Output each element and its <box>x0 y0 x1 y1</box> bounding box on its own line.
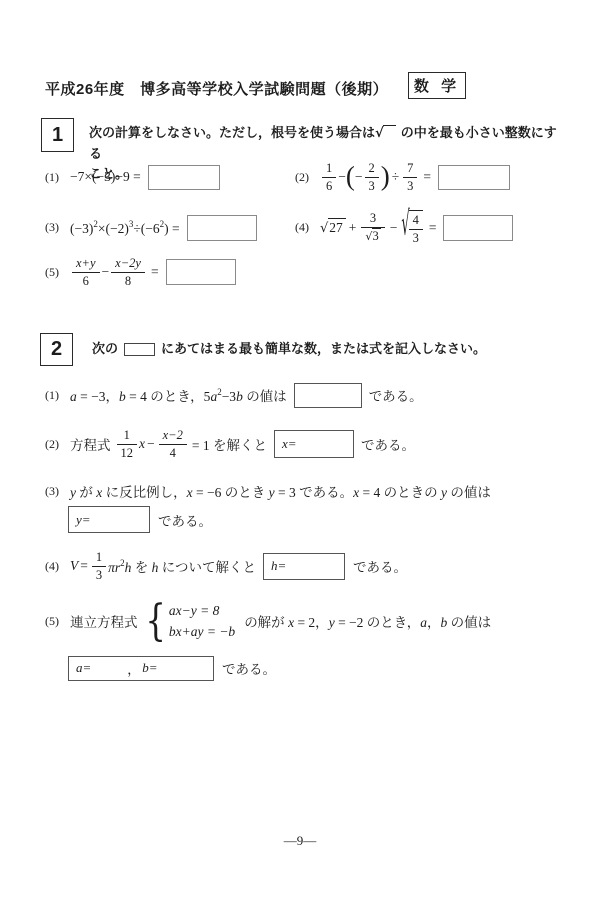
page-title: 平成26年度 博多高等学校入学試験問題（後期） <box>45 78 388 99</box>
section2-number: 2 <box>51 338 62 361</box>
equals-sign: = <box>429 220 437 236</box>
variable: V <box>70 558 78 574</box>
problem-label: (1) <box>45 388 59 403</box>
fraction: 73 <box>403 161 417 193</box>
equation-system: ax−y = 8bx+ay = −b <box>169 600 235 642</box>
s2-answer-box-3: y= <box>68 506 150 533</box>
subject-label-box: 数 学 <box>408 72 466 99</box>
problem-label: (3) <box>45 220 59 235</box>
instruction-text: 次の計算をしなさい。ただし，根号を使う場合は <box>89 125 375 140</box>
fraction: 13 <box>92 550 106 582</box>
problem-text: である。 <box>361 434 415 454</box>
problem-text: 連立方程式 <box>70 611 138 631</box>
box-label-b: b= <box>140 660 157 676</box>
instruction-text: にあてはまる最も簡単な数，または式を記入しなさい。 <box>161 339 486 359</box>
fraction: 16 <box>322 161 336 193</box>
fraction: x+y6 <box>72 256 100 288</box>
s1-problem-1: (1) −7×(−3)−9 = <box>45 160 220 194</box>
problem-text: である。 <box>158 510 212 530</box>
math-expression: (−3)2×(−2)3÷(−62) = <box>70 219 180 237</box>
page-number: —9— <box>0 833 600 849</box>
problem-label: (1) <box>45 170 59 185</box>
problem-label: (2) <box>295 170 309 185</box>
section2-instruction: 次の にあてはまる最も簡単な数，または式を記入しなさい。 <box>92 339 486 359</box>
problem-text: a = −3，b = 4 のとき，5a2−3b の値は <box>70 385 287 406</box>
math-expression: −7×(−3)−9 = <box>70 169 141 185</box>
box-separator: ， <box>127 659 140 678</box>
fraction: 3√3 <box>361 211 384 243</box>
s1-problem-2: (2) 16 − ( − 23 ) ÷ 73 = <box>295 160 510 194</box>
operator: ÷ <box>392 169 399 185</box>
problem-text: である。 <box>369 385 423 405</box>
s2-problem-3-line2: y= である。 <box>68 506 212 533</box>
exam-page: 平成26年度 博多高等学校入学試験問題（後期） 数 学 1 次の計算をしなさい。… <box>0 0 600 900</box>
operator: − <box>147 436 155 452</box>
problem-label: (3) <box>45 484 59 499</box>
problem-label: (5) <box>45 614 59 629</box>
operator: − <box>338 169 346 185</box>
fraction: 112 <box>117 428 138 460</box>
s1-problem-4: (4) √27 + 3√3 − √43 = <box>295 205 513 250</box>
problem-label: (4) <box>295 220 309 235</box>
left-paren: ( <box>346 163 355 190</box>
box-label: y= <box>69 512 91 528</box>
subject-label: 数 学 <box>414 75 460 96</box>
sqrt-bar <box>383 125 396 134</box>
s1-answer-box-5 <box>166 259 236 285</box>
s1-answer-box-3 <box>187 215 257 241</box>
s2-answer-box-5: a= ， b= <box>68 656 214 681</box>
s1-answer-box-1 <box>148 165 220 190</box>
s1-problem-5: (5) x+y6 − x−2y8 = <box>45 254 236 290</box>
problem-text: = 1 を解くと <box>192 434 267 454</box>
s2-problem-5-line2: a= ， b= である。 <box>68 655 276 681</box>
inline-blank-box <box>124 343 155 356</box>
operator: + <box>349 220 357 236</box>
variable: x <box>139 436 145 452</box>
s2-problem-1: (1) a = −3，b = 4 のとき，5a2−3b の値は である。 <box>45 381 423 409</box>
box-label: h= <box>264 558 286 574</box>
problem-label: (4) <box>45 559 59 574</box>
problem-label: (5) <box>45 265 59 280</box>
fraction: x−2y8 <box>111 256 145 288</box>
fraction: x−24 <box>159 428 187 460</box>
s2-problem-3-line1: (3) y が x に反比例し，x = −6 のとき y = 3 である。x =… <box>45 481 491 501</box>
system-brace: { <box>145 600 166 643</box>
s2-answer-box-1 <box>294 383 362 408</box>
s2-answer-box-2: x= <box>274 430 354 458</box>
operator: − <box>390 220 398 236</box>
operator: − <box>102 264 110 280</box>
section1-number-box: 1 <box>41 118 74 152</box>
problem-text: である。 <box>353 556 407 576</box>
equals-sign: = <box>151 264 159 280</box>
s2-answer-box-4: h= <box>263 553 345 580</box>
sign: − <box>355 169 363 185</box>
s1-problem-3: (3) (−3)2×(−2)3÷(−62) = <box>45 205 257 250</box>
problem-text: である。 <box>222 658 276 678</box>
fraction: 23 <box>365 161 379 193</box>
problem-text: 方程式 <box>70 434 111 454</box>
math-expression: πr2h を h について解くと <box>108 556 256 577</box>
right-paren: ) <box>381 163 390 190</box>
s2-problem-4: (4) V = 13 πr2h を h について解くと h= である。 <box>45 549 407 583</box>
section1-number: 1 <box>52 124 63 147</box>
equals-sign: = <box>80 558 88 574</box>
box-label: x= <box>275 436 297 452</box>
instruction-text: 次の <box>92 339 118 359</box>
problem-text: の解が x = 2，y = −2 のとき，a，b の値は <box>244 611 491 632</box>
sqrt-fraction-term: √43 <box>401 210 423 245</box>
problem-label: (2) <box>45 437 59 452</box>
s2-problem-5-line1: (5) 連立方程式 { ax−y = 8bx+ay = −b の解が x = 2… <box>45 597 491 645</box>
equals-sign: = <box>423 169 431 185</box>
box-label-a: a= <box>69 660 91 676</box>
s2-problem-2: (2) 方程式 112 x − x−24 = 1 を解くと x= である。 <box>45 427 415 461</box>
section2-number-box: 2 <box>40 333 73 366</box>
s1-answer-box-4 <box>443 215 513 241</box>
problem-text: y が x に反比例し，x = −6 のとき y = 3 である。x = 4 の… <box>70 481 491 502</box>
s1-answer-box-2 <box>438 165 510 190</box>
sqrt-term: √27 <box>320 220 346 236</box>
